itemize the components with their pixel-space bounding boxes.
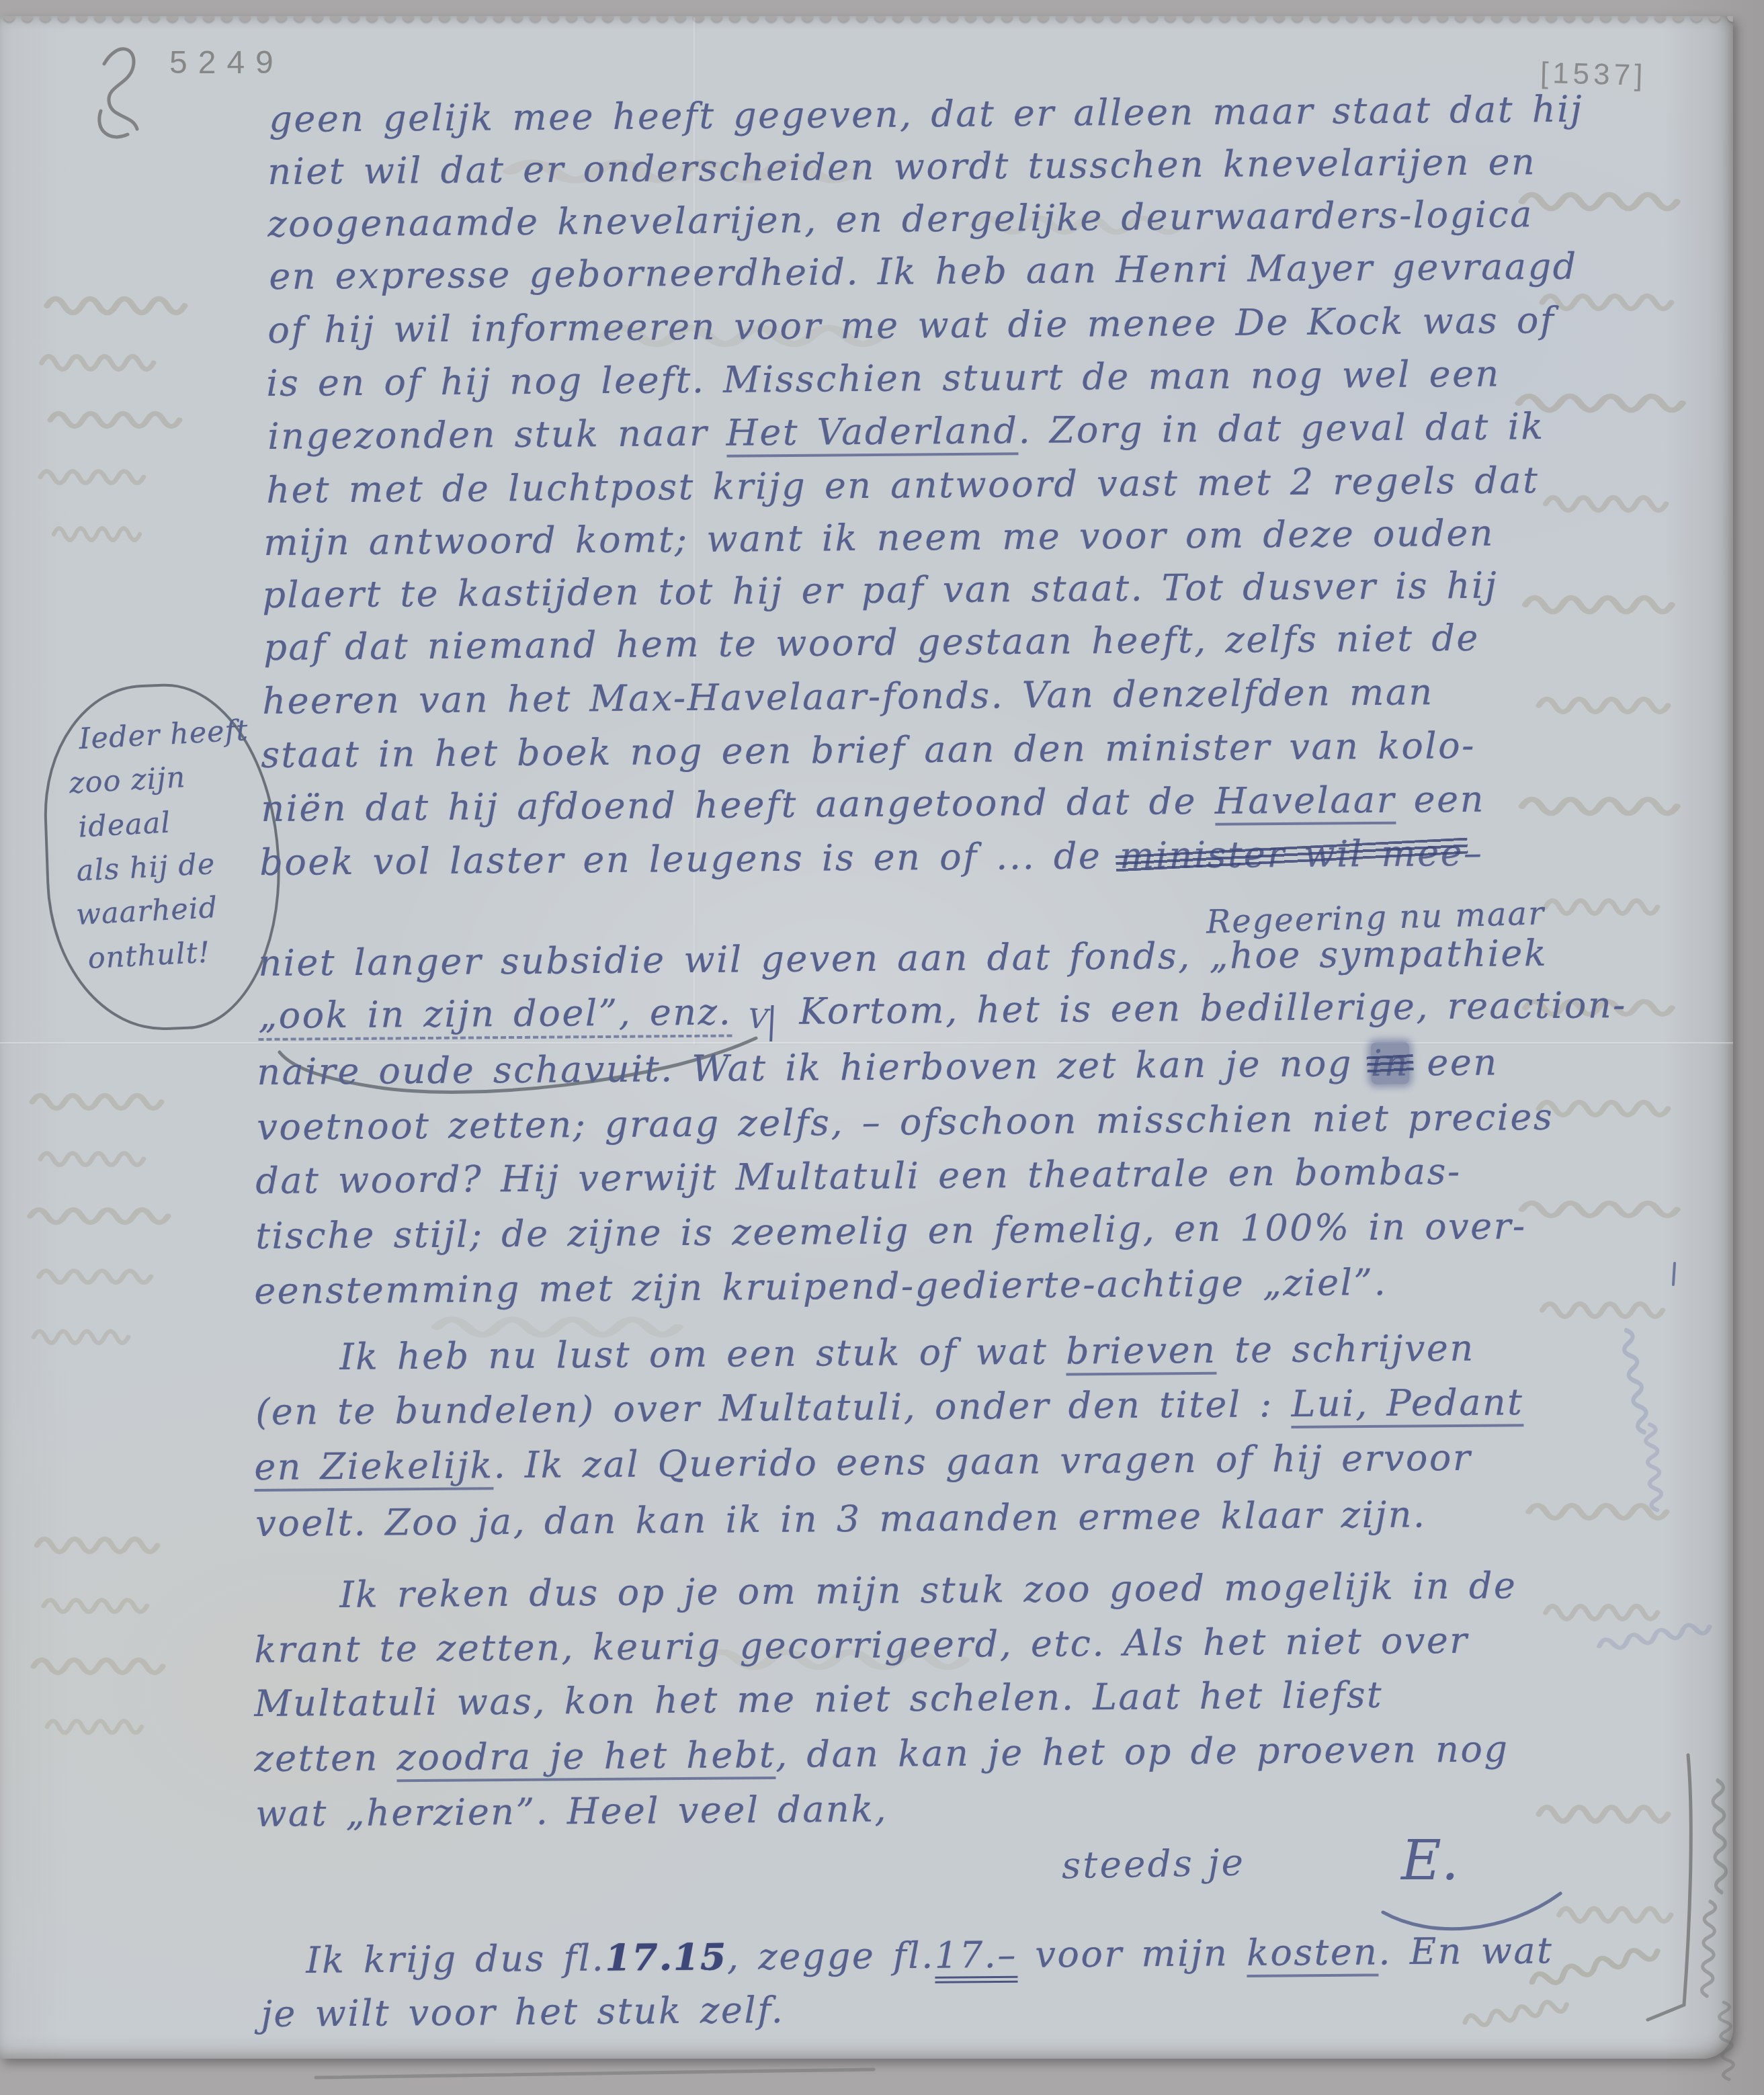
- text-segment: , zegge fl.: [727, 1934, 935, 1978]
- text-segment: (en te bundelen) over Multatuli, onder d…: [255, 1383, 1292, 1433]
- letter-line: Ik reken dus op je om mijn stuk zoo goed…: [339, 1566, 1517, 1615]
- text-segment: je wilt voor het stuk zelf.: [261, 1989, 785, 2035]
- underlined-phrase: zoodra je het hebt: [396, 1734, 775, 1782]
- text-segment: . Zorg in dat geval dat ik: [1018, 405, 1545, 452]
- letter-line: boek vol laster en leugens is en of ... …: [259, 833, 1484, 883]
- margin-note-line: onthult!: [87, 929, 261, 982]
- text-segment: een: [1409, 1041, 1499, 1084]
- letter-line: voelt. Zoo ja, dan kan ik in 3 maanden e…: [255, 1494, 1427, 1543]
- struck-out-text: minister wil mee: [1120, 832, 1464, 877]
- text-segment: te schrijven: [1216, 1327, 1475, 1371]
- letter-line: is en of hij nog leeft. Misschien stuurt…: [266, 354, 1501, 404]
- text-segment: een: [1396, 778, 1485, 821]
- text-segment: , dan kan je het op de proeven nog: [775, 1727, 1509, 1776]
- underlined-word: kosten: [1247, 1930, 1379, 1977]
- insertion-caret-mark: V: [743, 1004, 774, 1041]
- text-segment: Multatuli was, kon het me niet schelen. …: [254, 1674, 1383, 1725]
- postscript-line: je wilt voor het stuk zelf.: [261, 1990, 785, 2035]
- letter-line: plaert te kastijden tot hij er paf van s…: [262, 566, 1498, 615]
- letter-line: eenstemming met zijn kruipend-gedierte-a…: [254, 1263, 1387, 1312]
- pencil-inventory-number: 5249: [169, 44, 284, 81]
- letter-line: heeren van het Max-Havelaar-fonds. Van d…: [262, 672, 1434, 721]
- scanned-letter-page: 5249 [1537] Ieder heeft zoo zijn ideaal …: [0, 0, 1764, 2095]
- text-segment: naire oude schavuit. Wat ik hierboven ze…: [257, 1042, 1371, 1093]
- text-segment: zetten: [254, 1736, 397, 1780]
- torn-paper-edge: [0, 16, 1733, 31]
- margin-note-line: Ieder heeft: [78, 709, 249, 761]
- postscript-line: Ik krijg dus fl.17.15, zegge fl.17.– voo…: [306, 1930, 1554, 1980]
- letter-line: en Ziekelijk. Ik zal Querido eens gaan v…: [254, 1438, 1472, 1488]
- text-segment: ingezonden stuk naar: [267, 412, 726, 458]
- letter-line: zetten zoodra je het hebt, dan kan je he…: [254, 1729, 1509, 1779]
- underlined-title: Lui, Pedant: [1291, 1381, 1523, 1428]
- text-segment: boek vol laster en leugens is en of ... …: [259, 835, 1120, 884]
- signature-initial: E.: [1401, 1829, 1459, 1893]
- letter-line: niën dat hij afdoend heeft aangetoond da…: [261, 779, 1485, 829]
- text-segment: wat „herzien”. Heel veel dank,: [255, 1788, 888, 1835]
- text-segment: voor mijn: [1017, 1932, 1247, 1976]
- letter-line: ingezonden stuk naar Het Vaderland. Zorg…: [267, 407, 1545, 456]
- text-segment: Ik krijg dus fl.: [306, 1937, 605, 1981]
- letter-line: tische stijl; de zijne is zeemelig en fe…: [255, 1206, 1527, 1256]
- margin-annotation: Ieder heeft zoo zijn ideaal als hij de w…: [66, 709, 261, 982]
- underlined-quote: „ook in zijn doel”, enz.: [258, 990, 732, 1041]
- text-segment: . En wat: [1378, 1929, 1553, 1973]
- underlined-title: Havelaar: [1214, 779, 1396, 826]
- underlined-title: Het Vaderland: [726, 409, 1018, 457]
- scanner-scratch: [316, 2069, 874, 2078]
- text-segment: Kortom, het is een bedillerige, reaction…: [781, 984, 1627, 1033]
- letter-line: paf dat niemand hem te woord gestaan hee…: [263, 618, 1480, 668]
- letter-line: wat „herzien”. Heel veel dank,: [255, 1789, 888, 1834]
- underlined-word: brieven: [1066, 1329, 1217, 1376]
- text-segment: . Ik zal Querido eens gaan vragen of hij…: [493, 1437, 1472, 1486]
- letter-line: krant te zetten, keurig gecorrigeerd, et…: [254, 1621, 1469, 1670]
- letter-line: staat in het boek nog een brief aan den …: [261, 726, 1476, 775]
- double-underlined-amount: 17.–: [935, 1934, 1017, 1983]
- letter-line: zoogenaamde knevelarijen, en dergelijke …: [267, 194, 1534, 244]
- letter-closing: steeds je: [1061, 1841, 1245, 1887]
- text-segment: eenstemming met zijn kruipend-gedierte-a…: [254, 1261, 1387, 1312]
- letter-line: Multatuli was, kon het me niet schelen. …: [254, 1675, 1383, 1724]
- blotted-out-word: in: [1370, 1042, 1409, 1084]
- letter-line: naire oude schavuit. Wat ik hierboven ze…: [257, 1042, 1499, 1092]
- letter-line: niet wil dat er onderscheiden wordt tuss…: [267, 142, 1536, 191]
- letter-line: mijn antwoord komt; want ik neem me voor…: [263, 513, 1495, 563]
- letter-line: Ik heb nu lust om een stuk of wat brieve…: [339, 1328, 1475, 1377]
- letter-line: (en te bundelen) over Multatuli, onder d…: [255, 1382, 1524, 1432]
- text-segment: Ik heb nu lust om een stuk of wat: [339, 1330, 1066, 1378]
- underlined-title: en Ziekelijk: [254, 1444, 494, 1492]
- letter-line: dat woord? Hij verwijt Multatuli een the…: [255, 1152, 1462, 1201]
- letter-line: het met de luchtpost krijg en antwoord v…: [266, 460, 1540, 510]
- pencil-page-number: [1537]: [1540, 56, 1647, 93]
- text-segment: niën dat hij afdoend heeft aangetoond da…: [261, 780, 1215, 830]
- overwritten-amount: 17.15: [605, 1935, 727, 1979]
